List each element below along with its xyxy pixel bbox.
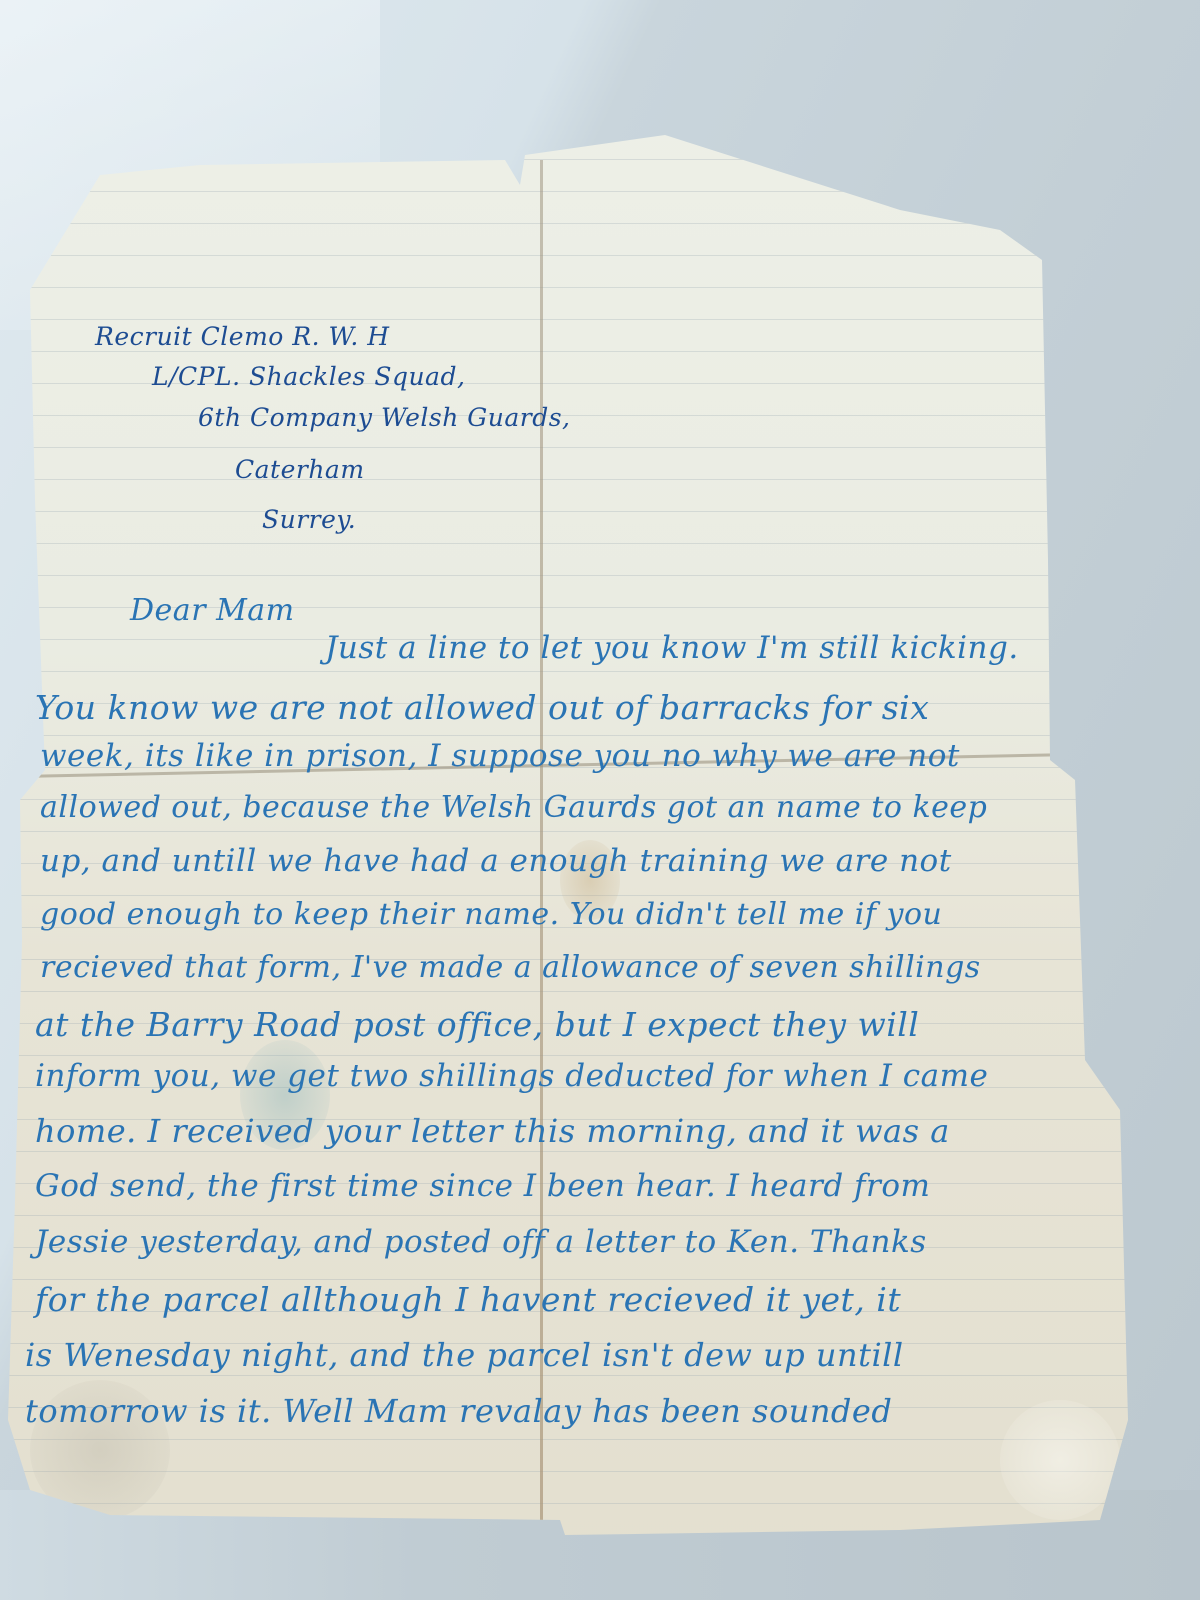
salutation: Dear Mam <box>130 593 295 628</box>
address-line-town: Caterham <box>235 455 365 484</box>
letter-line: God send, the first time since I been he… <box>35 1168 930 1204</box>
address-line-company: 6th Company Welsh Guards, <box>198 403 571 432</box>
address-line-name: Recruit Clemo R. W. H <box>95 322 390 351</box>
letter-line: Just a line to let you know I'm still ki… <box>325 630 1019 666</box>
letter-line: up, and untill we have had a enough trai… <box>40 843 952 879</box>
letter-line: for the parcel allthough I havent reciev… <box>35 1280 901 1319</box>
letter-line: is Wenesday night, and the parcel isn't … <box>25 1336 904 1374</box>
letter-line: home. I received your letter this mornin… <box>35 1112 950 1150</box>
letter-line: You know we are not allowed out of barra… <box>35 688 929 727</box>
address-line-squad: L/CPL. Shackles Squad, <box>152 362 465 391</box>
letter-line: Jessie yesterday, and posted off a lette… <box>35 1224 927 1260</box>
address-line-county: Surrey. <box>262 505 356 534</box>
letter-line: recieved that form, I've made a allowanc… <box>40 950 981 985</box>
letter-line: allowed out, because the Welsh Gaurds go… <box>40 790 987 825</box>
letter-line: tomorrow is it. Well Mam revalay has bee… <box>25 1392 892 1430</box>
letter-line: at the Barry Road post office, but I exp… <box>35 1005 919 1044</box>
letter-line: inform you, we get two shillings deducte… <box>35 1058 988 1094</box>
letter-line: week, its like in prison, I suppose you … <box>40 738 960 774</box>
letter-line: good enough to keep their name. You didn… <box>40 897 942 932</box>
light-glare <box>1000 1400 1120 1520</box>
